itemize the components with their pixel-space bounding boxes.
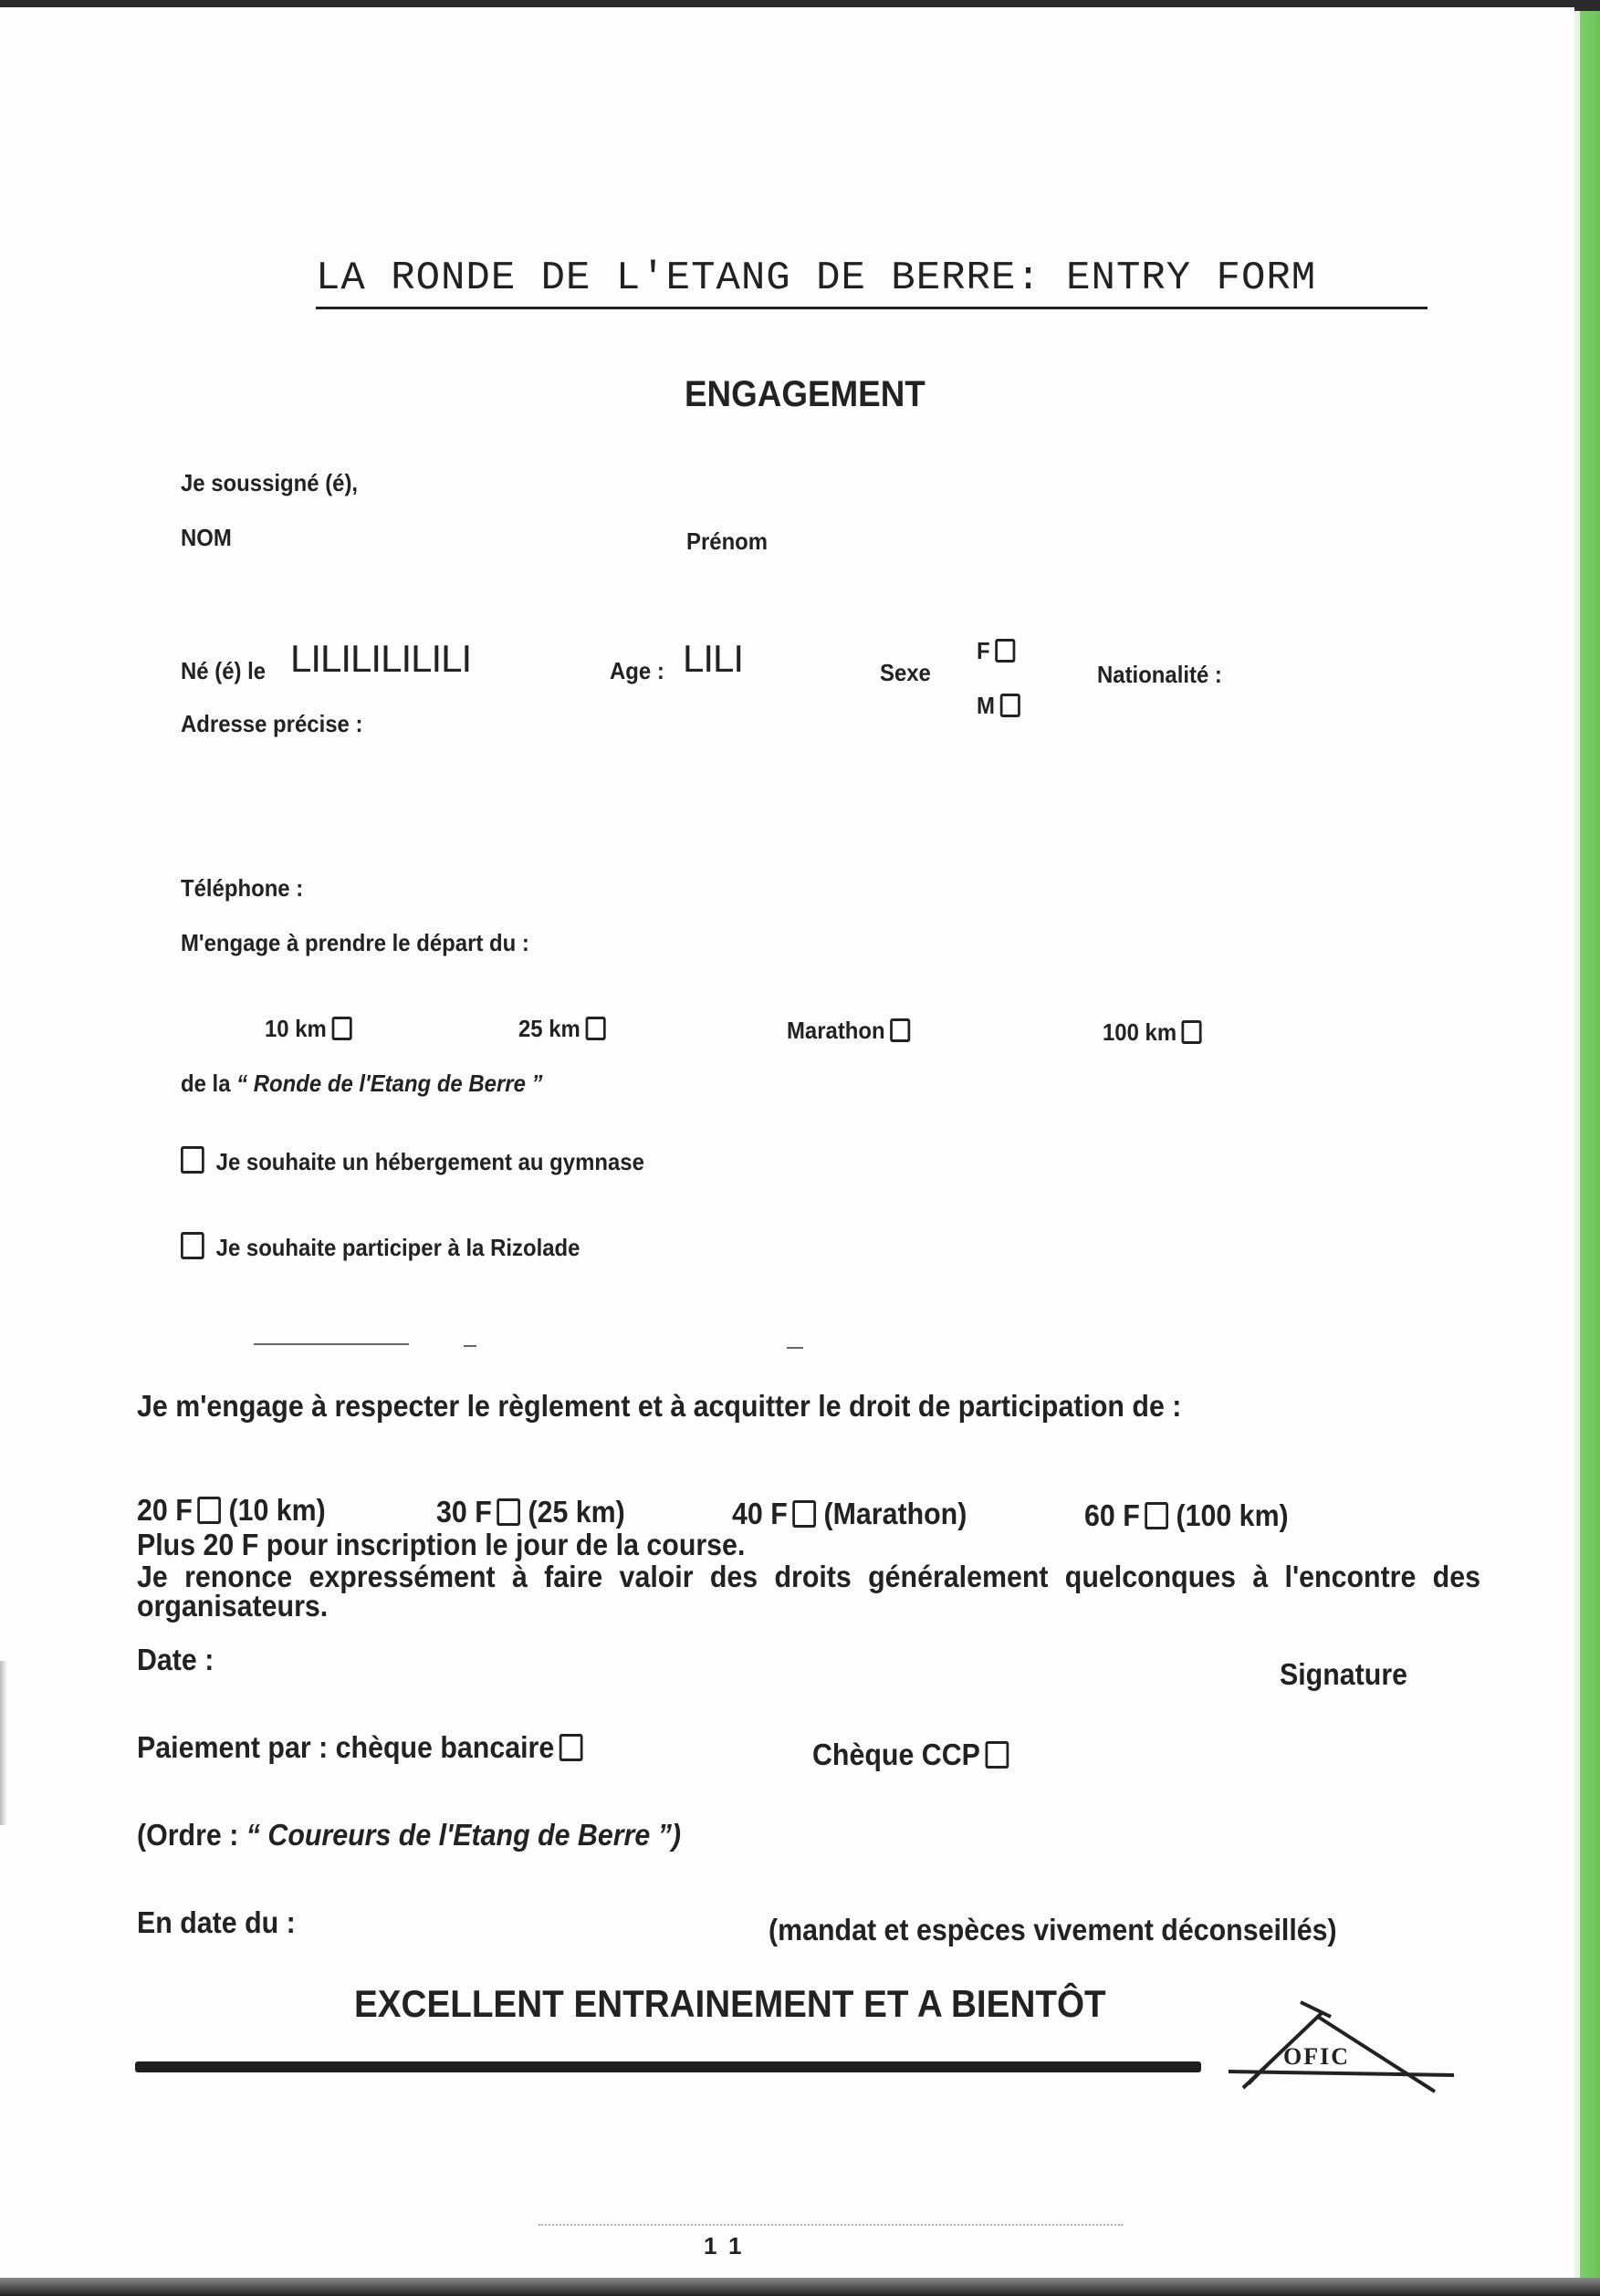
prenom-label: Prénom (686, 527, 768, 556)
en-date-field[interactable] (329, 1900, 739, 1940)
race-10km-checkbox[interactable] (331, 1017, 351, 1040)
fee-commitment: Je m'engage à respecter le règlement et … (137, 1389, 1181, 1424)
race-option-marathon[interactable]: Marathon (787, 1017, 910, 1045)
fee-option-40f[interactable]: 40 F (Marathon) (732, 1497, 967, 1531)
nom-field[interactable] (274, 515, 657, 551)
nationalite-field[interactable] (1260, 646, 1442, 683)
sexe-option-m[interactable]: M (977, 692, 1020, 720)
prenom-field[interactable] (803, 515, 1442, 551)
divider (464, 1345, 476, 1347)
payment-ccp-option[interactable]: Chèque CCP (812, 1738, 1009, 1772)
race-option-25km[interactable]: 25 km (518, 1015, 605, 1043)
race-event-prefix: de la (181, 1070, 231, 1097)
binding-shadow (0, 1661, 7, 1825)
race-option-100km[interactable]: 100 km (1103, 1018, 1202, 1047)
fee-20f-checkbox[interactable] (197, 1497, 221, 1524)
signature-field[interactable] (1004, 1696, 1433, 1750)
en-date-label: En date du : (137, 1905, 296, 1940)
order-payee: “ Coureurs de l'Etang de Berre ”) (246, 1818, 681, 1852)
sexe-label: Sexe (880, 659, 931, 687)
fee-option-30f[interactable]: 30 F (25 km) (436, 1495, 625, 1529)
fee-option-20f[interactable]: 20 F (10 km) (137, 1493, 326, 1528)
race-event-line: de la “ Ronde de l'Etang de Berre ” (181, 1070, 542, 1098)
date-field[interactable] (246, 1637, 794, 1677)
race-option-10km[interactable]: 10 km (265, 1015, 351, 1043)
cash-note: (mandat et espèces vivement déconseillés… (769, 1913, 1337, 1947)
fee-40f-race: (Marathon) (823, 1497, 967, 1530)
fee-60f-checkbox[interactable] (1145, 1502, 1168, 1529)
birth-date-field[interactable]: LILILILILILI (290, 637, 471, 681)
ofic-logo: OFIC (1223, 1997, 1469, 2097)
telephone-field[interactable] (338, 865, 885, 902)
hebergement-label: Je souhaite un hébergement au gymnase (216, 1148, 644, 1175)
ofic-triangle-icon: OFIC (1223, 1997, 1469, 2097)
rizolade-label: Je souhaite participer à la Rizolade (216, 1234, 580, 1261)
race-100km-checkbox[interactable] (1182, 1020, 1202, 1044)
rizolade-checkbox[interactable] (181, 1232, 204, 1259)
fee-30f-price: 30 F (436, 1495, 492, 1529)
age-field[interactable]: LILI (683, 637, 743, 681)
race-marathon-checkbox[interactable] (890, 1018, 910, 1042)
signature-label: Signature (1280, 1657, 1407, 1692)
nationalite-label: Nationalité : (1097, 661, 1222, 689)
sexe-option-f[interactable]: F (977, 637, 1015, 665)
waiver-text: Je renonce expressément à faire valoir d… (137, 1562, 1480, 1621)
birth-date-label: Né (é) le (181, 657, 266, 685)
payment-bank-checkbox[interactable] (559, 1734, 583, 1761)
title-underline (316, 307, 1427, 309)
late-fee-note: Plus 20 F pour inscription le jour de la… (137, 1528, 745, 1562)
payment-bank-option[interactable]: Paiement par : chèque bancaire (137, 1730, 583, 1765)
race-marathon-label: Marathon (787, 1017, 885, 1044)
svg-text:OFIC: OFIC (1283, 2043, 1350, 2070)
date-label: Date : (137, 1643, 214, 1677)
race-10km-label: 10 km (265, 1015, 327, 1042)
form-title: LA RONDE DE L'ETANG DE BERRE: ENTRY FORM (316, 256, 1316, 301)
scan-shadow (0, 2278, 1600, 2296)
payment-ccp-label: Chèque CCP (812, 1738, 980, 1771)
payment-bank-label: Paiement par : chèque bancaire (137, 1730, 554, 1764)
adresse-field[interactable] (181, 746, 1440, 856)
fee-40f-checkbox[interactable] (792, 1500, 816, 1528)
fee-option-60f[interactable]: 60 F (100 km) (1084, 1498, 1289, 1533)
divider (787, 1347, 803, 1349)
fee-30f-race: (25 km) (528, 1495, 624, 1529)
extra-rizolade[interactable]: Je souhaite participer à la Rizolade (181, 1232, 580, 1262)
nom-label: NOM (181, 524, 232, 552)
race-25km-label: 25 km (518, 1015, 580, 1042)
form-page: LA RONDE DE L'ETANG DE BERRE: ENTRY FORM… (0, 7, 1574, 2283)
fee-20f-race: (10 km) (228, 1493, 325, 1527)
race-prompt: M'engage à prendre le départ du : (181, 929, 529, 957)
fee-40f-price: 40 F (732, 1497, 788, 1530)
fee-60f-price: 60 F (1084, 1498, 1140, 1532)
intro-text: Je soussigné (é), (181, 469, 358, 497)
order-line: (Ordre : “ Coureurs de l'Etang de Berre … (137, 1818, 681, 1852)
extra-hebergement[interactable]: Je souhaite un hébergement au gymnase (181, 1146, 644, 1176)
sexe-m-checkbox[interactable] (999, 694, 1020, 717)
engagement-heading: ENGAGEMENT (685, 374, 925, 415)
fee-20f-price: 20 F (137, 1493, 193, 1527)
page-number: 11 (704, 2232, 755, 2260)
footer-dots (539, 2224, 1123, 2228)
divider (254, 1343, 409, 1345)
order-prefix: (Ordre : (137, 1818, 238, 1852)
payment-ccp-checkbox[interactable] (985, 1741, 1009, 1769)
closing-rule (135, 2061, 1201, 2072)
closing-message: EXCELLENT ENTRAINEMENT ET A BIENTÔT (354, 1982, 1106, 2026)
race-100km-label: 100 km (1103, 1018, 1176, 1046)
telephone-label: Téléphone : (181, 874, 303, 903)
race-25km-checkbox[interactable] (585, 1017, 605, 1040)
race-event-name: “ Ronde de l'Etang de Berre ” (236, 1070, 542, 1097)
age-label: Age : (610, 657, 664, 685)
cover-edge (1574, 11, 1600, 2283)
fee-60f-race: (100 km) (1176, 1498, 1288, 1532)
sexe-f-label: F (977, 637, 990, 664)
sexe-f-checkbox[interactable] (995, 639, 1015, 663)
fee-30f-checkbox[interactable] (497, 1498, 520, 1526)
sexe-m-label: M (977, 692, 995, 719)
hebergement-checkbox[interactable] (181, 1146, 204, 1174)
adresse-label: Adresse précise : (181, 710, 362, 738)
